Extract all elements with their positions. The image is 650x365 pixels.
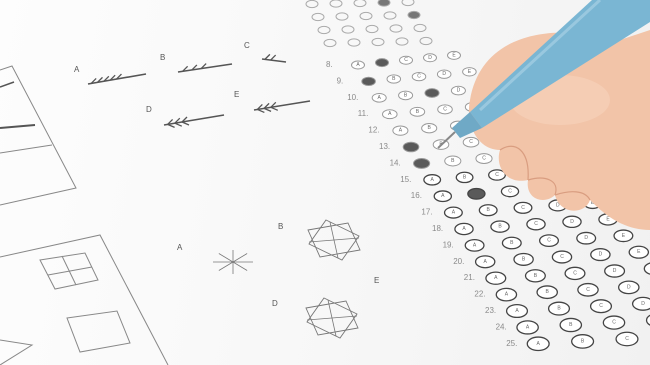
question-number: 21.: [464, 273, 475, 282]
answer-bubble-a[interactable]: A: [527, 337, 549, 350]
answer-bubble-c[interactable]: C: [400, 56, 413, 64]
question-number: 8.: [326, 60, 333, 69]
svg-text:C: C: [560, 254, 564, 260]
option-label: E: [374, 276, 379, 285]
answer-bubble-c[interactable]: C: [527, 219, 545, 230]
svg-text:C: C: [612, 320, 616, 326]
question-number: 23.: [485, 306, 496, 315]
answer-bubble-d[interactable]: D: [605, 265, 625, 277]
answer-bubble-a[interactable]: [362, 77, 376, 85]
question-number: 19.: [443, 240, 454, 249]
svg-text:C: C: [599, 303, 603, 309]
answer-bubble-a[interactable]: A: [445, 207, 463, 218]
answer-bubble-b[interactable]: B: [422, 124, 437, 133]
answer-bubble-a[interactable]: A: [486, 272, 506, 284]
paper-sheet: ABCDE ABDE 8.ACDE9.BCDE10.ABDE11.ABCD12.…: [0, 0, 650, 365]
answer-bubble-a[interactable]: [414, 158, 430, 168]
answer-bubble-c[interactable]: C: [476, 154, 492, 164]
answer-bubble-c[interactable]: C: [616, 332, 638, 345]
svg-text:C: C: [404, 57, 408, 63]
question-box-bottom: [0, 235, 168, 365]
answer-bubble-b[interactable]: B: [410, 107, 425, 116]
question-number: 24.: [496, 322, 507, 331]
answer-bubble-a[interactable]: A: [517, 321, 538, 334]
svg-text:C: C: [586, 287, 590, 293]
svg-text:C: C: [495, 172, 499, 178]
question-number: 25.: [506, 339, 517, 348]
question-number: 16.: [411, 191, 422, 200]
answer-bubble-e[interactable]: E: [463, 68, 477, 76]
question-number: 18.: [432, 224, 443, 233]
answer-bubble-d[interactable]: D: [563, 216, 581, 227]
answer-bubble-c[interactable]: C: [565, 267, 585, 279]
option-label: B: [278, 222, 283, 231]
answer-bubble-b[interactable]: B: [537, 286, 557, 298]
answer-bubble-d[interactable]: D: [424, 54, 437, 62]
answer-bubble-c[interactable]: C: [540, 235, 559, 247]
answer-bubble-b[interactable]: B: [445, 156, 461, 166]
question-number: 14.: [390, 158, 401, 167]
answer-bubble-c[interactable]: C: [552, 251, 571, 263]
svg-text:D: D: [428, 55, 432, 61]
option-label: E: [234, 90, 239, 99]
answer-bubble-d[interactable]: D: [591, 249, 610, 261]
svg-text:D: D: [457, 88, 461, 94]
answer-bubble-c[interactable]: C: [578, 284, 598, 296]
answer-bubble-c[interactable]: C: [603, 316, 624, 329]
svg-text:C: C: [508, 188, 512, 194]
svg-text:C: C: [482, 156, 486, 162]
question-number: 10.: [347, 93, 358, 102]
svg-text:D: D: [627, 284, 631, 290]
answer-bubble-d[interactable]: D: [451, 86, 465, 95]
question-number: 13.: [379, 142, 390, 151]
answer-bubble-b[interactable]: B: [491, 221, 509, 232]
top-option-figures: ABCDE: [74, 41, 310, 127]
answer-bubble-a[interactable]: A: [424, 175, 441, 185]
answer-bubble-b[interactable]: B: [387, 75, 401, 83]
option-label: A: [74, 65, 80, 74]
answer-bubble-e[interactable]: E: [614, 230, 633, 242]
answer-bubble-a[interactable]: A: [465, 240, 484, 252]
answer-bubble-d[interactable]: D: [619, 281, 639, 293]
svg-text:D: D: [613, 268, 617, 274]
answer-bubble-d[interactable]: D: [647, 314, 650, 327]
answer-bubble-b[interactable]: B: [479, 205, 497, 216]
svg-text:C: C: [443, 106, 447, 112]
svg-text:C: C: [469, 139, 473, 145]
answer-bubble-d[interactable]: D: [437, 70, 451, 78]
option-label: C: [244, 41, 250, 50]
answer-bubble-b[interactable]: B: [456, 172, 473, 182]
svg-text:D: D: [570, 219, 574, 225]
svg-text:C: C: [625, 336, 629, 342]
answer-bubble-b[interactable]: B: [549, 302, 570, 315]
answer-bubble-a[interactable]: A: [383, 110, 398, 119]
svg-text:C: C: [573, 270, 577, 276]
answer-bubble-d[interactable]: D: [633, 297, 650, 310]
svg-text:D: D: [641, 301, 645, 307]
answer-bubble-a[interactable]: A: [476, 256, 495, 268]
svg-text:D: D: [442, 71, 446, 77]
question-box-top: [0, 66, 76, 205]
answer-bubble-e[interactable]: E: [629, 246, 648, 258]
answer-bubble-a[interactable]: A: [372, 93, 386, 102]
question-number: 11.: [358, 109, 369, 118]
answer-bubble-a[interactable]: [403, 142, 419, 152]
answer-bubble-e[interactable]: E: [644, 263, 650, 275]
answer-bubble-b[interactable]: B: [514, 253, 533, 265]
answer-bubble-c[interactable]: [425, 89, 439, 98]
answer-bubble-b[interactable]: B: [399, 91, 413, 100]
question-number: 12.: [368, 126, 379, 135]
option-label: A: [177, 243, 183, 252]
answer-bubble-a[interactable]: A: [507, 305, 528, 318]
svg-text:D: D: [599, 252, 603, 258]
answer-bubble-c[interactable]: C: [591, 300, 612, 313]
answer-bubble-c[interactable]: C: [438, 105, 453, 114]
question-number: 9.: [337, 76, 344, 85]
answer-bubble-d[interactable]: D: [577, 232, 596, 244]
svg-text:C: C: [547, 238, 551, 244]
answer-bubble-b[interactable]: [468, 189, 485, 200]
question-number: 17.: [421, 208, 432, 217]
answer-bubble-b[interactable]: B: [526, 270, 546, 282]
answer-bubble-a[interactable]: A: [496, 288, 516, 300]
answer-bubble-a[interactable]: A: [352, 61, 365, 69]
answer-bubble-b[interactable]: B: [572, 335, 594, 348]
answer-bubble-c[interactable]: C: [463, 137, 479, 147]
answer-bubble-a[interactable]: A: [434, 191, 451, 202]
answer-bubble-b[interactable]: [376, 59, 389, 67]
answer-bubble-b[interactable]: B: [560, 318, 581, 331]
option-label: D: [146, 105, 152, 114]
answer-bubble-b[interactable]: B: [502, 237, 521, 249]
question-number: 20.: [453, 257, 464, 266]
answer-bubble-c[interactable]: C: [514, 202, 532, 213]
answer-sheet-photo: ABCDE ABDE 8.ACDE9.BCDE10.ABDE11.ABCD12.…: [0, 0, 650, 365]
answer-bubble-c[interactable]: C: [412, 72, 426, 80]
svg-text:C: C: [417, 74, 421, 80]
svg-text:C: C: [521, 205, 525, 211]
option-label: B: [160, 53, 165, 62]
option-label: D: [272, 299, 278, 308]
svg-text:D: D: [584, 235, 588, 241]
answer-bubble-e[interactable]: E: [448, 51, 461, 59]
answer-bubble-c[interactable]: C: [501, 186, 518, 197]
answer-bubble-a[interactable]: A: [455, 223, 473, 234]
bottom-option-figures: ABDE: [177, 220, 379, 338]
question-number: 15.: [400, 175, 411, 184]
answer-bubble-a[interactable]: A: [393, 126, 408, 135]
question-number: 22.: [474, 290, 485, 299]
svg-text:C: C: [534, 221, 538, 227]
